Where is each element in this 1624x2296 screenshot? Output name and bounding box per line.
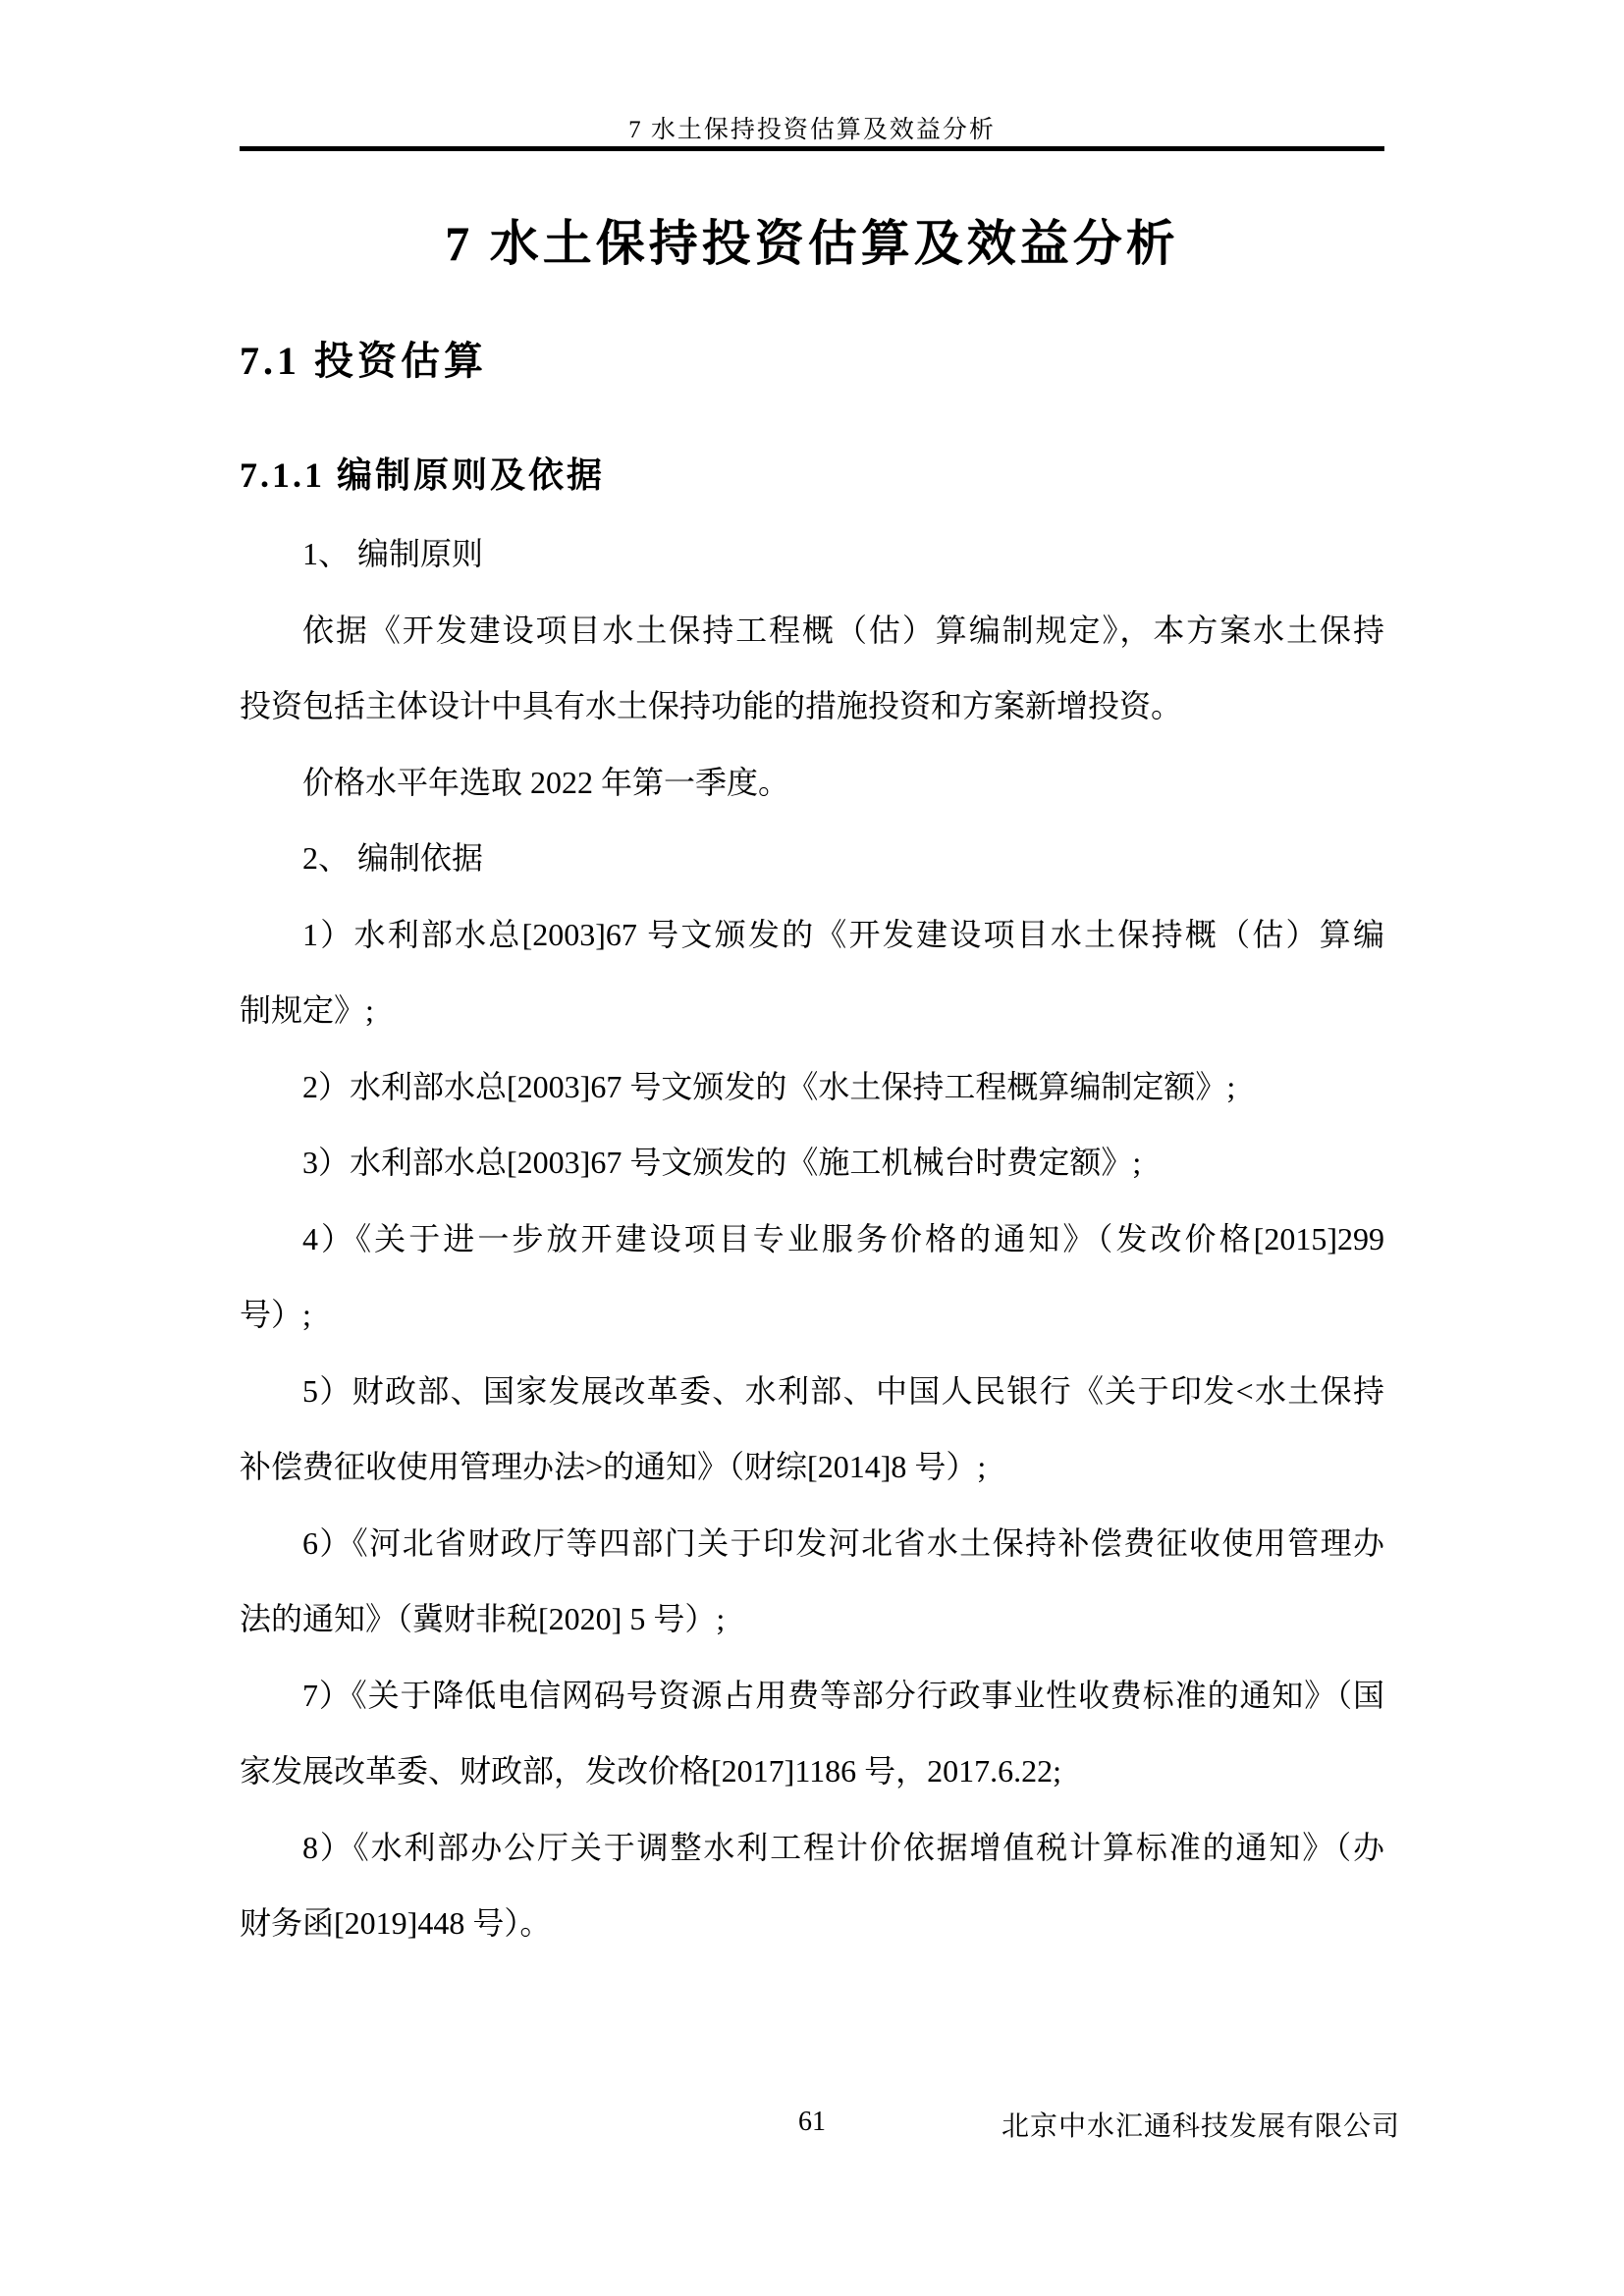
body-line: 价格水平年选取 2022 年第一季度。 bbox=[240, 745, 1384, 822]
body-line: 1、 编制原则 bbox=[240, 516, 1384, 593]
body-line: 号）; bbox=[240, 1277, 1384, 1354]
body-line: 投资包括主体设计中具有水土保持功能的措施投资和方案新增投资。 bbox=[240, 668, 1384, 745]
body-line: 家发展改革委、财政部，发改价格[2017]1186 号，2017.6.22; bbox=[240, 1734, 1384, 1810]
body-line: 3）水利部水总[2003]67 号文颁发的《施工机械台时费定额》; bbox=[240, 1125, 1384, 1201]
body-line: 依据《开发建设项目水土保持工程概（估）算编制规定》，本方案水土保持 bbox=[240, 593, 1384, 669]
body-line: 8）《水利部办公厅关于调整水利工程计价依据增值税计算标准的通知》（办 bbox=[240, 1810, 1384, 1887]
body-line: 4）《关于进一步放开建设项目专业服务价格的通知》（发改价格[2015]299 bbox=[240, 1201, 1384, 1278]
body-line: 5）财政部、国家发展改革委、水利部、中国人民银行《关于印发<水土保持 bbox=[240, 1354, 1384, 1430]
document-page: 7 水土保持投资估算及效益分析 7 水土保持投资估算及效益分析 7.1 投资估算… bbox=[0, 0, 1624, 2296]
body-line: 法的通知》（冀财非税[2020] 5 号）; bbox=[240, 1581, 1384, 1658]
body-line: 补偿费征收使用管理办法>的通知》（财综[2014]8 号）; bbox=[240, 1429, 1384, 1506]
body-line: 2）水利部水总[2003]67 号文颁发的《水土保持工程概算编制定额》; bbox=[240, 1049, 1384, 1126]
running-header: 7 水土保持投资估算及效益分析 bbox=[240, 110, 1384, 145]
header-rule bbox=[240, 146, 1384, 151]
body-line: 6）《河北省财政厅等四部门关于印发河北省水土保持补偿费征收使用管理办 bbox=[240, 1506, 1384, 1582]
footer-company-name: 北京中水汇通科技发展有限公司 bbox=[1001, 2105, 1400, 2144]
subsection-heading: 7.1.1 编制原则及依据 bbox=[240, 448, 605, 498]
body-line: 制规定》; bbox=[240, 973, 1384, 1049]
chapter-title: 7 水土保持投资估算及效益分析 bbox=[240, 204, 1384, 275]
body-line: 1）水利部水总[2003]67 号文颁发的《开发建设项目水土保持概（估）算编 bbox=[240, 897, 1384, 974]
section-heading: 7.1 投资估算 bbox=[240, 330, 487, 386]
body-line: 7）《关于降低电信网码号资源占用费等部分行政事业性收费标准的通知》（国 bbox=[240, 1658, 1384, 1735]
body-line: 2、 编制依据 bbox=[240, 821, 1384, 897]
body-line: 财务函[2019]448 号）。 bbox=[240, 1886, 1384, 1962]
body-text: 1、 编制原则 依据《开发建设项目水土保持工程概（估）算编制规定》，本方案水土保… bbox=[240, 516, 1384, 1962]
